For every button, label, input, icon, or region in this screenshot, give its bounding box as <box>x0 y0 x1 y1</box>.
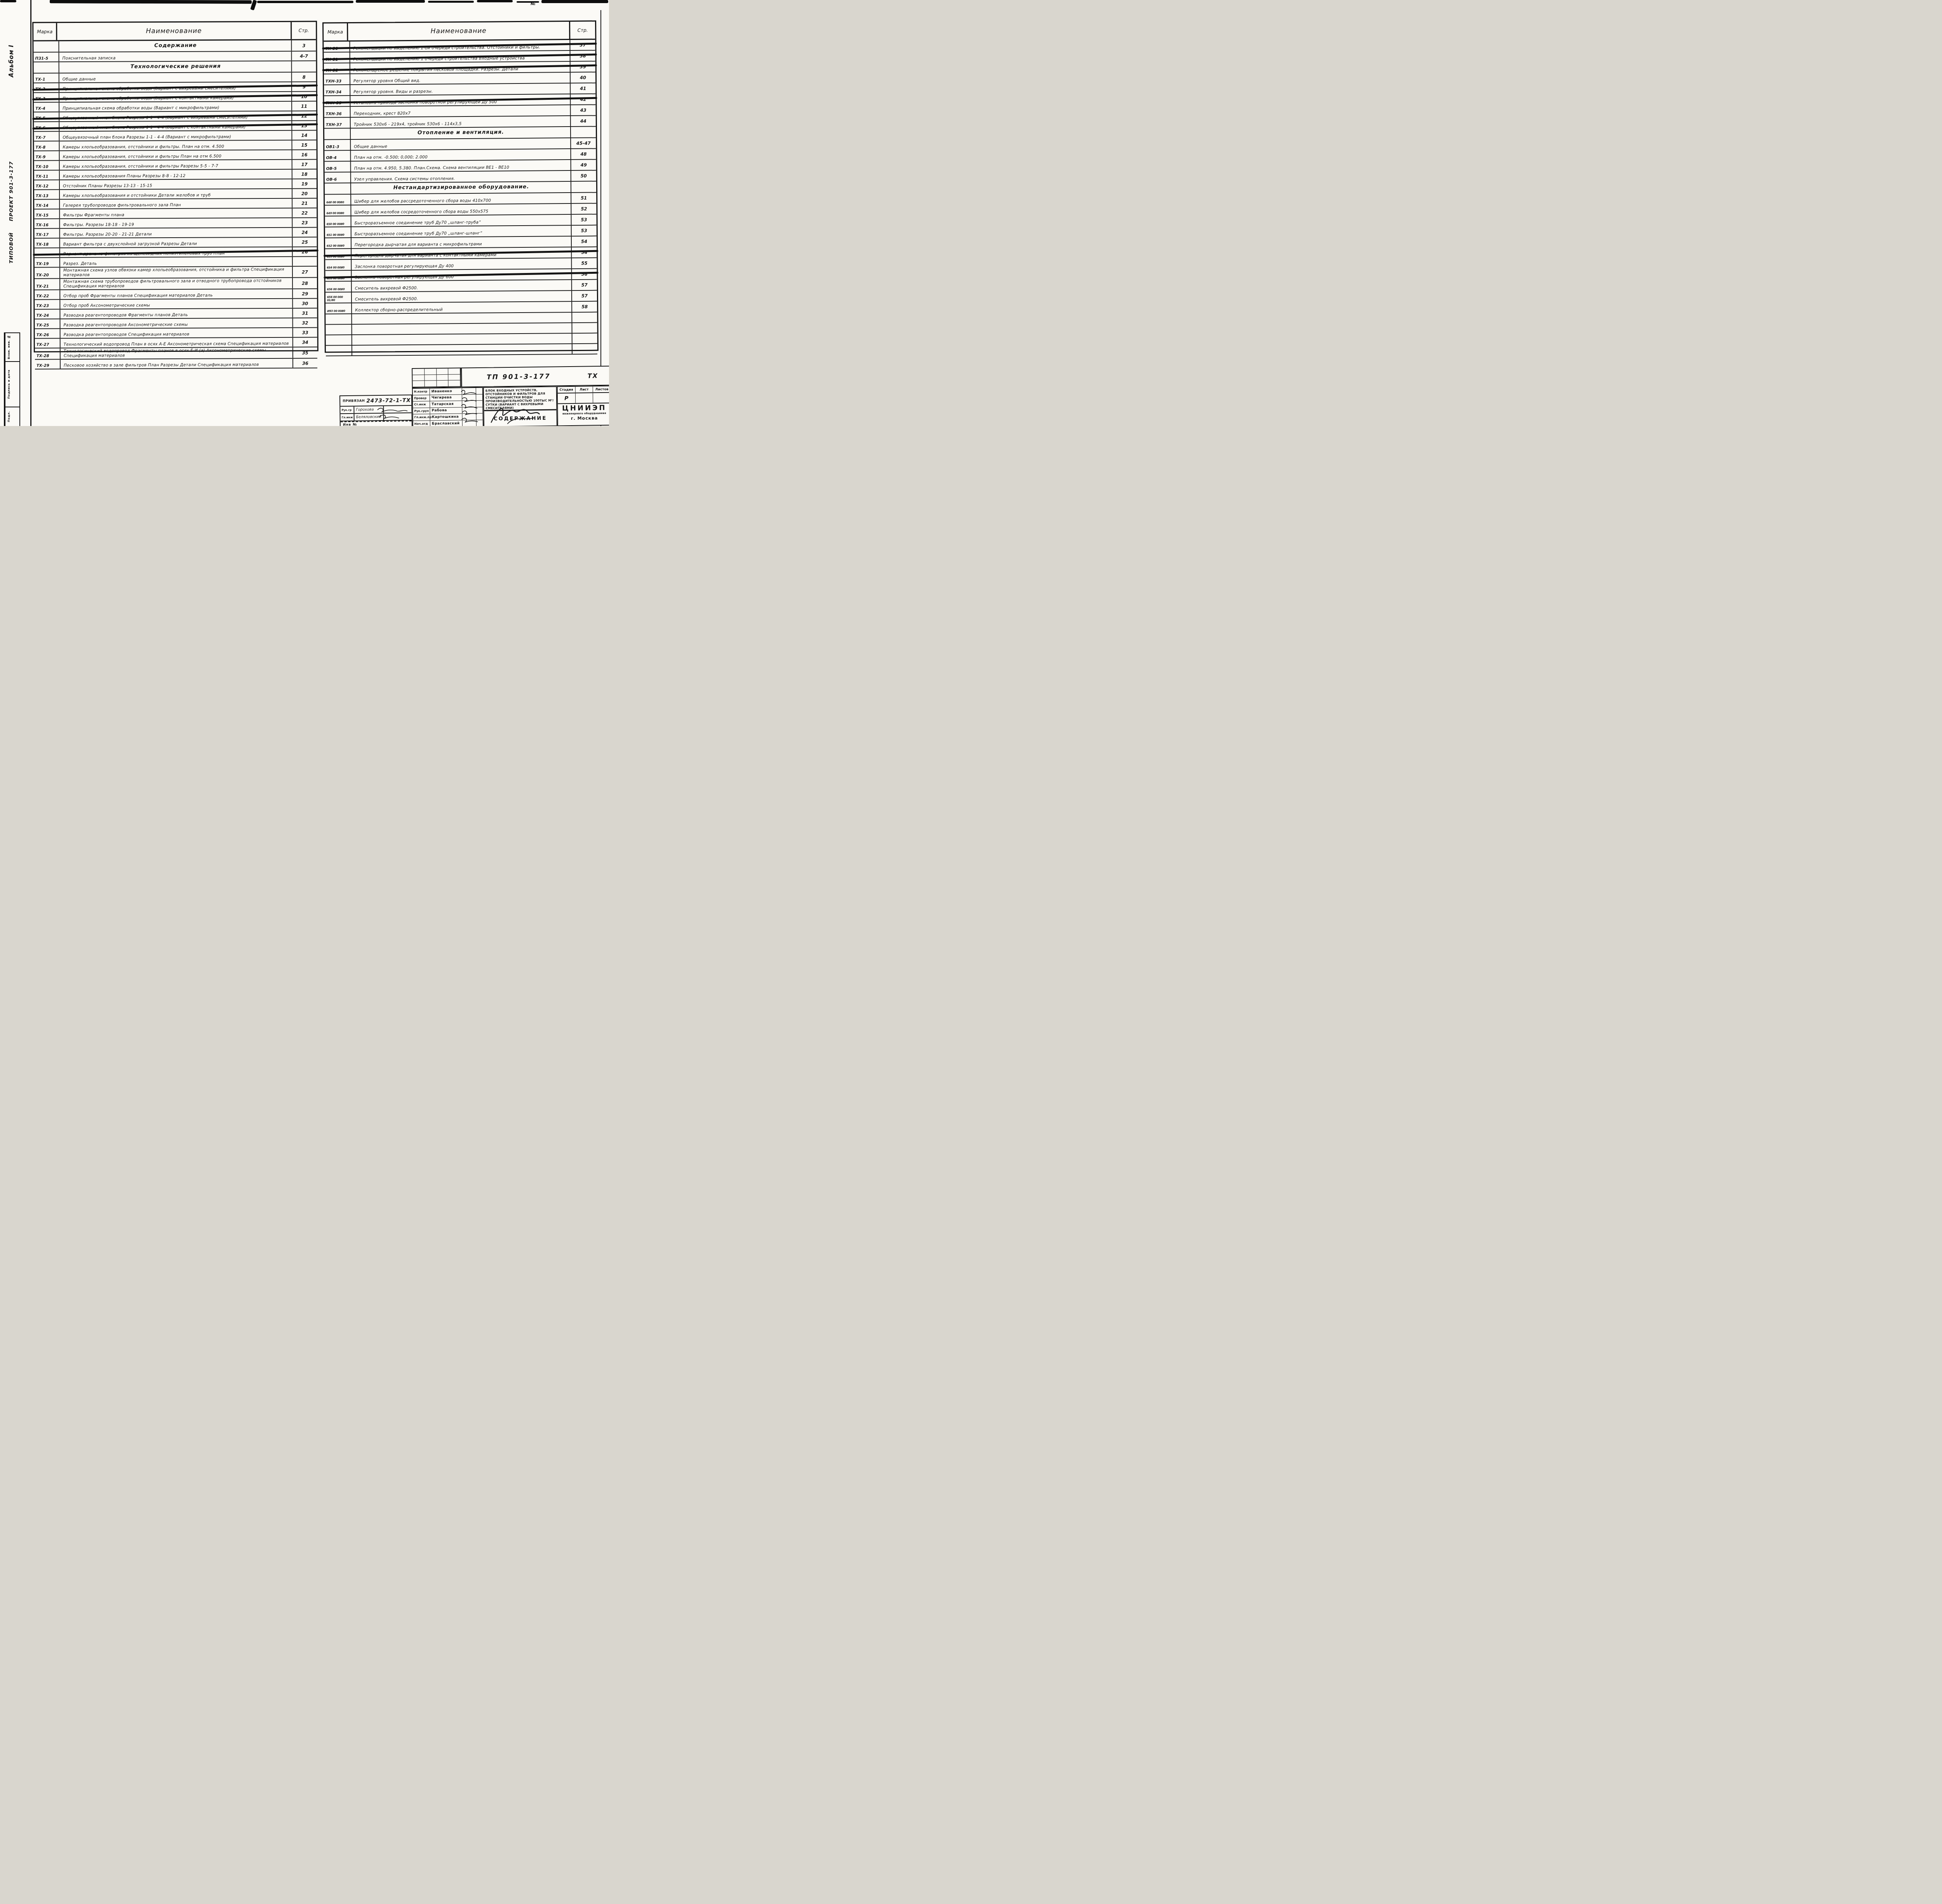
name-cell: Фильтры. Разрезы 18-18 - 19-19 <box>60 221 292 228</box>
mark-cell: ТХ-13 <box>34 190 60 199</box>
mark-cell: ОВ-4 <box>324 151 351 161</box>
mark-cell: ТХ-5 <box>34 112 59 121</box>
mark-cell: ТХ-20 <box>35 268 60 278</box>
table-row: ТХ-17Фильтры. Разрезы 20-20 - 21-21 Дета… <box>34 228 317 238</box>
page-cell <box>572 344 597 354</box>
sheets-value <box>593 393 609 403</box>
mark-cell: ТХН-36 <box>324 107 351 117</box>
mark-cell: ТХ-1 <box>34 73 59 82</box>
page-cell: 53 <box>571 215 597 225</box>
name-cell: Общие данные <box>351 143 570 150</box>
page-cell: 45-47 <box>570 138 596 148</box>
stage-value: Р <box>558 393 576 403</box>
page-cell: 8 <box>291 72 316 81</box>
page-cell <box>571 182 596 192</box>
margin-album-label: Альбом I <box>8 45 15 77</box>
table-row: ТХ-22Отбор проб Фрагменты планов Специфи… <box>35 289 317 300</box>
table-row: ПЗ1-5Пояснительная записка4-7 <box>33 51 316 62</box>
mark-cell: 654 00 0080 <box>325 260 352 270</box>
torn-edge-mark <box>257 1 353 3</box>
sheet-value <box>576 393 593 403</box>
page-cell: 11 <box>291 101 316 110</box>
mark-cell: ТХ-19 <box>35 258 60 267</box>
margin-stamp-column: Взам. инв. № Подпись и дата Подл. <box>4 332 20 426</box>
torn-edge-mark <box>428 1 474 3</box>
torn-edge-mark <box>541 0 608 3</box>
personnel-name: Иваненко <box>430 388 462 395</box>
mark-cell: ТХ-21 <box>35 279 60 289</box>
table-row: ТХ-25Разводка реагентопроводов Аксономет… <box>35 318 317 329</box>
corner-number-mark: № <box>531 2 535 6</box>
section-row: Содержание3 <box>33 40 316 52</box>
name-cell: Пояснительная записка <box>59 54 291 61</box>
mark-cell: ТХ-27 <box>35 339 61 348</box>
table-row: ТХ-19Разрез. Деталь <box>35 257 317 268</box>
page-cell: 55 <box>571 258 597 268</box>
mark-cell <box>326 335 352 345</box>
name-cell: Разводка реагентопроводов Фрагменты план… <box>60 311 292 318</box>
contents-table-right: Марка Наименование Стр. ТХ-30Рекомендаци… <box>322 21 599 353</box>
personnel-role: Н.контр <box>413 388 430 395</box>
signature-flourish <box>487 402 542 426</box>
table-row: ТХ-12Отстойник Планы Разрезы 13-13 - 15-… <box>34 179 317 190</box>
mark-cell: ТХ-26 <box>35 329 61 338</box>
table-row: ТХ-5Общеувязочный план блока Разрезы 1-1… <box>34 111 316 122</box>
page-cell: 30 <box>292 299 317 308</box>
personnel-name: Браславский <box>430 420 463 426</box>
name-cell: Нестандартизированное оборудование. <box>351 184 571 191</box>
page-cell: 34 <box>292 337 317 346</box>
margin-project-number: ПРОЕКТ 901-3-177 <box>9 161 14 221</box>
torn-edge-mark <box>0 0 16 2</box>
table-header: Марка Наименование Стр. <box>324 22 595 42</box>
mark-cell: ТХ-15 <box>34 209 60 218</box>
page-cell: 49 <box>571 160 596 170</box>
personnel-name: Чигирева <box>430 395 462 401</box>
table-row: ТХ-24Разводка реагентопроводов Фрагменты… <box>35 308 317 319</box>
mark-cell: ТХ-16 <box>34 219 60 228</box>
mark-cell: ТХ-23 <box>35 300 60 309</box>
mark-cell: И93 00 0080 <box>325 303 352 313</box>
name-cell: Галерея трубопроводов фильтровального за… <box>60 202 292 209</box>
mark-cell: ТХ-14 <box>34 200 60 209</box>
mark-cell: ТХ-9 <box>34 151 60 160</box>
mark-cell: 651 00 0080 <box>325 227 352 237</box>
header-name: Наименование <box>57 22 291 40</box>
stage-header: Стадия Лист Листов <box>558 386 609 394</box>
page-cell: 33 <box>292 328 317 337</box>
mark-cell <box>325 325 352 334</box>
page-cell: 57 <box>571 291 597 301</box>
stamp-cell: Взам. инв. № <box>5 333 19 362</box>
name-cell: Монтажная схема узлов обвязки камер хлоп… <box>60 267 292 278</box>
mark-cell: ТХН-33 <box>324 74 350 84</box>
mark-cell: 652 00 0080 <box>325 238 352 248</box>
table-row: ТХ-2Принципиальная схема обработки воды … <box>34 82 316 93</box>
table-row: ТХ-13Камеры хлопьеобразования и отстойни… <box>34 189 317 200</box>
mark-cell: 648 00 0080 <box>325 195 351 205</box>
frame-line-left <box>30 0 31 426</box>
personnel-name: Рабова <box>430 407 462 414</box>
mark-cell: ТХ-24 <box>35 310 60 318</box>
name-cell: Разводка реагентопроводов Аксонометричес… <box>61 321 292 328</box>
table-row: ТХ-20Монтажная схема узлов обвязки камер… <box>35 266 317 279</box>
name-cell: Тройник 530х6 - 219х4, тройник 530х6 - 1… <box>351 120 570 128</box>
mark-cell: ТХ-3 <box>34 93 59 102</box>
page-cell: 54 <box>571 236 597 247</box>
personnel-role: Гл.инж.пр <box>413 414 430 420</box>
page-cell: 57 <box>571 280 597 290</box>
page-cell: 3 <box>291 40 316 50</box>
name-cell: Общеувязочный план блока Разрезы 1-1 - 4… <box>59 134 291 141</box>
mark-cell <box>35 248 60 257</box>
mark-cell: ПЗ1-5 <box>33 52 59 61</box>
sheet-label: Лист <box>575 386 593 393</box>
page-cell: 28 <box>292 278 317 288</box>
name-cell: Шибер для желобов сосредоточенного сбора… <box>351 208 571 216</box>
page-cell: 16 <box>292 150 317 159</box>
name-cell: Фильтры. Разрезы 20-20 - 21-21 Детали <box>60 231 292 238</box>
mark-cell <box>325 183 351 194</box>
organization-name: ЦНИИЭП <box>558 404 609 413</box>
title-block: ПРИВЯЗАН 2473-72-1-ТХ Рук.грГороховаГл.и… <box>339 366 609 426</box>
mark-cell: ТХН-34 <box>324 85 350 95</box>
page-cell: 14 <box>291 130 316 139</box>
table-row: ТХ-29Песковое хозяйство в зале фильтров … <box>35 358 317 369</box>
page-cell: 52 <box>571 204 596 214</box>
name-cell: Быстроразъемное соединение труб Ду70 „шл… <box>352 219 571 226</box>
contents-table-left: Марка Наименование Стр. Содержание3ПЗ1-5… <box>32 21 318 352</box>
stamp-label: Подл. <box>5 407 12 426</box>
table-body: ТХ-30Рекомендации по выделению 1-ой очер… <box>324 40 597 356</box>
name-cell: Регулятор уровня. Виды и разрезы. <box>350 88 570 95</box>
page-cell: 18 <box>292 169 317 178</box>
mark-cell: 656 00 000 01/80 <box>325 292 352 303</box>
page-cell: 15 <box>291 140 316 149</box>
annex-role: Рук.гр <box>340 407 354 413</box>
table-row: ТХ-11Камеры хлопьеобразования Планы Разр… <box>34 169 317 180</box>
mark-cell: ТХ-22 <box>35 290 60 299</box>
page-cell: 24 <box>292 228 317 236</box>
mark-cell <box>33 41 59 52</box>
personnel-role: Нач.отд <box>413 421 430 426</box>
name-cell: План на отм. -0.500; 0,000; 2.000 <box>351 153 570 161</box>
torn-edge-mark <box>477 0 513 2</box>
page-cell <box>570 127 596 137</box>
page-cell: 22 <box>292 208 317 217</box>
mark-cell <box>326 346 352 355</box>
signature-scribbles <box>459 387 483 426</box>
table-row: ТХ-26Разводка реагентопроводов Специфика… <box>35 328 317 339</box>
frame-line-right <box>600 10 601 426</box>
personnel-role: Рук.груп <box>413 408 430 414</box>
name-cell: Шибер для желобов рассредоточенного сбор… <box>351 197 571 205</box>
name-cell: Фильтры Фрагменты плана <box>60 211 292 218</box>
revision-grid <box>412 367 461 388</box>
stage-values: Р <box>558 393 609 404</box>
name-cell: Песковое хозяйство в зале фильтров План … <box>61 362 292 369</box>
page-cell: 40 <box>570 73 595 83</box>
personnel-name: Картошкина <box>430 414 463 420</box>
table-row: ТХ-15Фильтры Фрагменты плана22 <box>34 208 317 219</box>
name-cell: Технологический водопровод План в осях А… <box>61 341 292 348</box>
page-cell: 32 <box>292 318 317 327</box>
table-row: ТХ-1Общие данные8 <box>34 72 316 83</box>
mark-cell: ТХ-10 <box>34 161 60 170</box>
header-page: Стр. <box>291 22 316 39</box>
page-cell: 20 <box>292 189 317 198</box>
torn-edge-mark <box>50 0 252 4</box>
table-row: ТХ-4Принципиальная схема обработки воды … <box>34 101 316 112</box>
scanned-drawing-sheet: № Альбом I ПРОЕКТ 901-3-177 ТИПОВОЙ Взам… <box>0 0 609 426</box>
page-cell: 29 <box>292 289 317 298</box>
name-cell: Технологические решения <box>59 63 291 71</box>
page-cell <box>291 61 316 71</box>
name-cell: Камеры хлопьеобразования, отстойники и ф… <box>60 143 292 150</box>
name-cell: Смеситель вихревой Ф2500. <box>352 284 571 292</box>
stamp-label: Взам. инв. № <box>5 333 12 361</box>
organization-subtitle: инженерного оборудования <box>558 412 609 416</box>
page-cell: 4-7 <box>291 51 316 60</box>
mark-cell: 650 00 0080 <box>325 216 352 226</box>
page-cell: 41 <box>570 83 595 94</box>
stamp-label: Подпись и дата <box>5 362 12 407</box>
document-number-band: ТП 901-3-177 ТХ <box>461 366 609 388</box>
mark-cell: ТХ-7 <box>34 132 59 141</box>
torn-edge-mark <box>356 0 425 3</box>
table-row: Вариант дренажа фильтров из щелевидных п… <box>35 247 317 258</box>
page-cell: 25 <box>292 237 317 246</box>
name-cell: Монтажная схема трубопроводов фильтровал… <box>60 278 292 290</box>
page-cell: 21 <box>292 198 317 207</box>
mark-cell: ТХ-29 <box>35 360 61 369</box>
table-row: ТХ-8Камеры хлопьеобразования, отстойники… <box>34 140 316 151</box>
name-cell: Отопление и вентиляция. <box>351 129 570 137</box>
mark-cell <box>324 129 351 139</box>
torn-edge-mark <box>517 1 539 3</box>
table-row: ТХ-10Камеры хлопьеобразования, отстойник… <box>34 160 317 170</box>
margin-project-word: ТИПОВОЙ <box>9 232 14 264</box>
page-cell <box>572 334 597 343</box>
name-cell: Перегородка дырчатая для варианта с микр… <box>352 241 571 248</box>
page-cell: 35 <box>292 347 317 358</box>
header-name: Наименование <box>348 22 569 40</box>
mark-cell: ТХ-12 <box>34 180 60 189</box>
name-cell: Переходник, крест 820х7 <box>351 110 570 117</box>
table-row: ТХ-27Технологический водопровод План в о… <box>35 337 317 348</box>
page-cell: 48 <box>570 149 596 159</box>
mark-cell: ТХ-28 <box>35 348 61 359</box>
name-cell: Коллектор сборно-распределительный <box>352 306 571 313</box>
name-cell: Камеры хлопьеобразования, отстойники и ф… <box>60 153 292 160</box>
sheets-label: Листов <box>593 386 609 393</box>
personnel-role: Провер <box>413 395 430 401</box>
name-cell: Отбор проб Аксонометрические схемы <box>60 302 292 309</box>
mark-cell <box>34 62 59 73</box>
page-cell: 50 <box>571 171 596 181</box>
page-cell <box>571 323 597 333</box>
annex-signature <box>375 404 411 421</box>
page-cell: 44 <box>570 116 596 126</box>
table-body: Содержание3ПЗ1-5Пояснительная записка4-7… <box>33 40 317 369</box>
table-row: ТХ-21Монтажная схема трубопроводов фильт… <box>35 278 317 290</box>
document-mark: ТХ <box>575 372 609 380</box>
page-cell <box>292 257 317 266</box>
name-cell: Отстойник Планы Разрезы 13-13 - 15-15 <box>60 182 292 189</box>
name-cell: План на отм. 4.950, 5.380. План.Схема. С… <box>351 164 571 172</box>
stamp-cell: Подл. <box>5 407 19 426</box>
mark-cell: 656 00 0080 <box>325 282 352 292</box>
table-row: ТХ-18Вариант фильтра с двухслойной загру… <box>35 237 317 248</box>
mark-cell: ТХ-11 <box>34 170 60 179</box>
organization-cell: ЦНИИЭП инженерного оборудования г. Москв… <box>558 403 609 425</box>
name-cell: Общие данные <box>59 75 291 82</box>
name-cell: Заслонка поворотная регулирующая Ду 400 <box>352 263 571 270</box>
mark-cell: ТХ-4 <box>34 103 59 111</box>
header-mark: Марка <box>324 23 348 40</box>
document-number: ТП 901-3-177 <box>462 372 575 381</box>
name-cell: Вариант фильтра с двухслойной загрузкой … <box>60 240 292 247</box>
table-row: ТХ-9Камеры хлопьеобразования, отстойники… <box>34 150 317 161</box>
name-cell <box>352 352 572 355</box>
mark-cell: ТХ-6 <box>34 122 59 131</box>
page-cell: 23 <box>292 218 317 227</box>
table-row: ТХ-16Фильтры. Разрезы 18-18 - 19-1923 <box>34 218 317 229</box>
empty-row <box>326 344 597 356</box>
header-page: Стр. <box>569 22 595 39</box>
mark-cell: ТХН-37 <box>324 118 351 128</box>
mark-cell: 649 00 0080 <box>325 205 351 216</box>
page-cell: 31 <box>292 308 317 317</box>
organization-city: г. Москва <box>558 416 609 421</box>
page-cell: 27 <box>292 266 317 277</box>
page-cell: 51 <box>571 193 596 203</box>
page-cell: 17 <box>292 160 317 169</box>
stamp-cell: Подпись и дата <box>5 362 19 407</box>
page-cell <box>571 313 597 322</box>
page-cell: 19 <box>292 179 317 188</box>
personnel-role: Ст.инж <box>413 401 430 407</box>
name-cell: Отбор проб Фрагменты планов Спецификация… <box>60 292 292 299</box>
table-row: ТХ-14Галерея трубопроводов фильтровально… <box>34 198 317 209</box>
page-cell: 53 <box>571 226 597 236</box>
personnel-name: Татарская <box>430 401 462 407</box>
annex-role: Гл.инж <box>341 414 355 421</box>
mark-cell: ТХ-2 <box>34 83 59 92</box>
page-cell: 43 <box>570 105 596 115</box>
page-cell: 36 <box>292 358 317 367</box>
page-cell: 58 <box>571 302 597 312</box>
name-cell: Регулятор уровня Общий вид. <box>350 77 570 84</box>
mark-cell: ОВ1-3 <box>324 140 351 150</box>
name-cell: Быстроразъемное соединение труб Ду70 „шл… <box>352 230 571 237</box>
header-mark: Марка <box>33 23 57 40</box>
privyazan-label: ПРИВЯЗАН <box>340 399 366 403</box>
privyazan-value: 2473-72-1-ТХ <box>366 397 411 404</box>
name-cell: Технологический водопровод Фрагменты пла… <box>61 348 292 359</box>
mark-cell: ТХ-8 <box>34 141 59 150</box>
table-row: ТХ-28Технологический водопровод Фрагмент… <box>35 347 317 360</box>
name-cell: Камеры хлопьеобразования Планы Разрезы 8… <box>60 172 292 179</box>
table-row: ТХ-23Отбор проб Аксонометрические схемы3… <box>35 299 317 310</box>
table-row: ТХ-3Принципиальная схема обработки воды … <box>34 92 316 103</box>
section-row: Технологические решения <box>34 61 316 73</box>
mark-cell: ОВ-6 <box>325 172 351 183</box>
name-cell: Камеры хлопьеобразования и отстойники Де… <box>60 192 292 199</box>
table-row: ТХ-6Общеувязочный план блока Разрезы 1-1… <box>34 121 316 132</box>
mark-cell: ТХ-17 <box>34 229 60 238</box>
mark-cell <box>325 314 352 324</box>
stage-label: Стадия <box>558 387 576 393</box>
mark-cell: ОВ-5 <box>325 162 351 172</box>
table-row: ТХ-7Общеувязочный план блока Разрезы 1-1… <box>34 130 316 141</box>
name-cell: Смеситель вихревой Ф2500. <box>352 295 571 303</box>
name-cell: Разводка реагентопроводов Спецификация м… <box>61 331 292 338</box>
name-cell: Разрез. Деталь <box>60 260 292 267</box>
name-cell: Камеры хлопьеобразования, отстойники и ф… <box>60 163 292 170</box>
stage-block: Стадия Лист Листов Р ЦНИИЭП инженерного … <box>557 386 609 426</box>
name-cell: Принципиальная схема обработки воды (Вар… <box>59 104 291 111</box>
table-header: Марка Наименование Стр. <box>33 22 316 41</box>
name-cell: Узел управления. Схема системы отопления… <box>351 175 571 183</box>
mark-cell: ТХ-25 <box>35 319 60 328</box>
mark-cell: ТХ-18 <box>35 238 60 247</box>
name-cell: Содержание <box>59 42 291 50</box>
